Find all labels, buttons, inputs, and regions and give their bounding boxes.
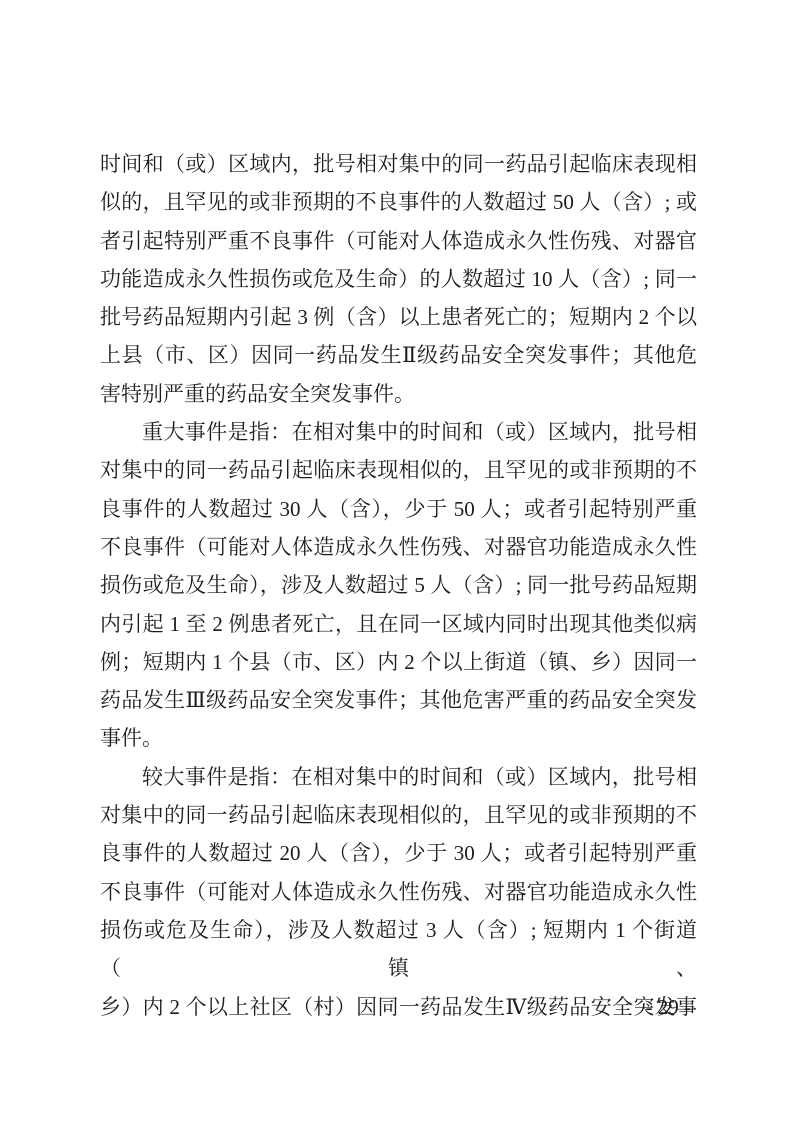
text-line: 较大事件是指：在相对集中的时间和（或）区域内，批号相 bbox=[100, 758, 697, 796]
paragraph-major-event-criteria: 重大事件是指：在相对集中的时间和（或）区域内，批号相对集中的同一药品引起临床表现… bbox=[100, 413, 697, 758]
text-line: 内引起 1 至 2 例患者死亡，且在同一区域内同时出现其他类似病 bbox=[100, 605, 697, 643]
text-line: 不良事件（可能对人体造成永久性伤残、对器官功能造成永久性 bbox=[100, 528, 697, 566]
text-line: 损伤或危及生命），涉及人数超过 5 人（含）; 同一批号药品短期 bbox=[100, 566, 697, 604]
text-line: 功能造成永久性损伤或危及生命）的人数超过 10 人（含）; 同一 bbox=[100, 260, 697, 298]
text-line: 似的，且罕见的或非预期的不良事件的人数超过 50 人（含）; 或 bbox=[100, 183, 697, 221]
text-line: 事件。 bbox=[100, 719, 697, 757]
document-page: 时间和（或）区域内，批号相对集中的同一药品引起临床表现相似的，且罕见的或非预期的… bbox=[0, 0, 793, 1122]
paragraph-level2-event-criteria-continued: 时间和（或）区域内，批号相对集中的同一药品引起临床表现相似的，且罕见的或非预期的… bbox=[100, 145, 697, 413]
text-line: 重大事件是指：在相对集中的时间和（或）区域内，批号相 bbox=[100, 413, 697, 451]
text-line: 批号药品短期内引起 3 例（含）以上患者死亡的；短期内 2 个以 bbox=[100, 298, 697, 336]
paragraph-larger-event-criteria: 较大事件是指：在相对集中的时间和（或）区域内，批号相对集中的同一药品引起临床表现… bbox=[100, 758, 697, 1026]
text-line: 良事件的人数超过 30 人（含），少于 50 人；或者引起特别严重 bbox=[100, 490, 697, 528]
text-line: 药品发生Ⅲ级药品安全突发事件；其他危害严重的药品安全突发 bbox=[100, 681, 697, 719]
page-number: - 29 - bbox=[100, 988, 697, 1026]
text-line: 对集中的同一药品引起临床表现相似的，且罕见的或非预期的不 bbox=[100, 451, 697, 489]
text-line: 上县（市、区）因同一药品发生Ⅱ级药品安全突发事件；其他危 bbox=[100, 336, 697, 374]
text-line: 对集中的同一药品引起临床表现相似的，且罕见的或非预期的不 bbox=[100, 796, 697, 834]
text-line: 损伤或危及生命），涉及人数超过 3 人（含）; 短期内 1 个街道（镇、 bbox=[100, 911, 697, 988]
text-line: 时间和（或）区域内，批号相对集中的同一药品引起临床表现相 bbox=[100, 145, 697, 183]
document-body: 时间和（或）区域内，批号相对集中的同一药品引起临床表现相似的，且罕见的或非预期的… bbox=[100, 145, 697, 1026]
text-line: 不良事件（可能对人体造成永久性伤残、对器官功能造成永久性 bbox=[100, 873, 697, 911]
text-line: 害特别严重的药品安全突发事件。 bbox=[100, 375, 697, 413]
text-line: 者引起特别严重不良事件（可能对人体造成永久性伤残、对器官 bbox=[100, 222, 697, 260]
text-line: 良事件的人数超过 20 人（含），少于 30 人；或者引起特别严重 bbox=[100, 834, 697, 872]
text-line: 例；短期内 1 个县（市、区）内 2 个以上街道（镇、乡）因同一 bbox=[100, 643, 697, 681]
